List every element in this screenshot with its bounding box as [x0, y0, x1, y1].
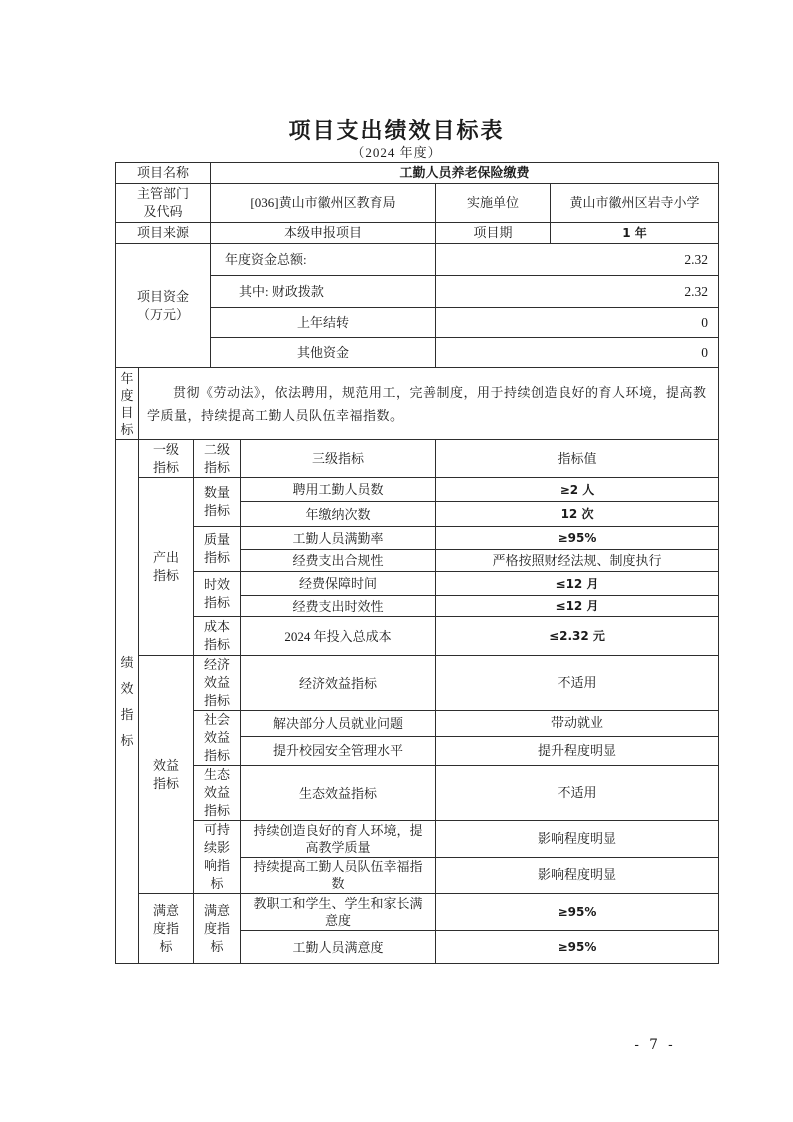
indicator-name: 工勤人员满勤率: [241, 527, 436, 550]
impl-unit-value: 黄山市徽州区岩寺小学: [551, 184, 719, 223]
indicator-value: ≤12 月: [436, 596, 719, 617]
performance-target-table: 项目名称 工勤人员养老保险缴费 主管部门 及代码 [036]黄山市徽州区教育局 …: [115, 162, 719, 964]
level1-label: 满意度指标: [139, 894, 194, 964]
level2-label: 数量指标: [194, 478, 241, 527]
indicator-name: 2024 年投入总成本: [241, 617, 436, 656]
indicator-name: 教职工和学生、学生和家长满意度: [241, 894, 436, 931]
annual-goal-text: 贯彻《劳动法》，依法聘用，规范用工，完善制度，用于持续创造良好的育人环境，提高教…: [139, 368, 719, 440]
performance-indicators-label: 绩效指标: [116, 440, 139, 964]
indicator-value: 不适用: [436, 766, 719, 821]
project-funds-label: 项目资金 （万元）: [116, 244, 211, 368]
indicator-name: 经费支出合规性: [241, 550, 436, 572]
fund-row-name: 其他资金: [211, 338, 436, 368]
indicator-value: 提升程度明显: [436, 736, 719, 765]
project-source-label: 项目来源: [116, 223, 211, 244]
level2-label: 生态效益指标: [194, 766, 241, 821]
level2-label: 可持续影响指标: [194, 821, 241, 894]
dept-value: [036]黄山市徽州区教育局: [211, 184, 436, 223]
indicator-name: 经济效益指标: [241, 656, 436, 711]
indicator-name: 生态效益指标: [241, 766, 436, 821]
project-name-value: 工勤人员养老保险缴费: [211, 163, 719, 184]
level2-label: 时效指标: [194, 572, 241, 617]
indicator-name: 经费保障时间: [241, 572, 436, 596]
indicator-value: 带动就业: [436, 711, 719, 737]
indicator-value: 严格按照财经法规、制度执行: [436, 550, 719, 572]
document-title: 项目支出绩效目标表: [0, 114, 793, 145]
indicator-name: 持续提高工勤人员队伍幸福指数: [241, 857, 436, 894]
fund-row-name: 上年结转: [211, 308, 436, 338]
indicator-name: 解决部分人员就业问题: [241, 711, 436, 737]
indicator-value: 不适用: [436, 656, 719, 711]
document-subtitle: （2024 年度）: [0, 142, 793, 161]
level2-label: 满意度指标: [194, 894, 241, 964]
fund-row-value: 2.32: [436, 244, 719, 276]
fund-row-value: 0: [436, 338, 719, 368]
indicator-name: 工勤人员满意度: [241, 931, 436, 964]
indicator-value: 影响程度明显: [436, 821, 719, 858]
project-name-label: 项目名称: [116, 163, 211, 184]
header-level1: 一级指标: [139, 440, 194, 478]
indicator-name: 提升校园安全管理水平: [241, 736, 436, 765]
impl-unit-label: 实施单位: [436, 184, 551, 223]
indicator-value: ≥95%: [436, 894, 719, 931]
header-value: 指标值: [436, 440, 719, 478]
header-level3: 三级指标: [241, 440, 436, 478]
indicator-value: 影响程度明显: [436, 857, 719, 894]
project-source-value: 本级申报项目: [211, 223, 436, 244]
indicator-name: 年缴纳次数: [241, 502, 436, 527]
dept-label: 主管部门 及代码: [116, 184, 211, 223]
page-number: - 7 -: [620, 1037, 690, 1053]
level1-label: 效益指标: [139, 656, 194, 894]
header-level2: 二级指标: [194, 440, 241, 478]
level2-label: 经济效益指标: [194, 656, 241, 711]
document-page: 项目支出绩效目标表 （2024 年度） 项目名称 工勤人员养老保险缴费 主管部门…: [0, 0, 793, 1122]
indicator-name: 持续创造良好的育人环境，提高教学质量: [241, 821, 436, 858]
indicator-value: ≥2 人: [436, 478, 719, 502]
indicator-value: ≥95%: [436, 931, 719, 964]
level1-label: 产出指标: [139, 478, 194, 656]
indicator-value: ≤12 月: [436, 572, 719, 596]
project-period-label: 项目期: [436, 223, 551, 244]
indicator-value: ≤2.32 元: [436, 617, 719, 656]
level2-label: 社会效益指标: [194, 711, 241, 766]
indicator-name: 聘用工勤人员数: [241, 478, 436, 502]
indicator-value: 12 次: [436, 502, 719, 527]
annual-goal-label: 年度目标: [116, 368, 139, 440]
fund-row-value: 2.32: [436, 276, 719, 308]
indicator-name: 经费支出时效性: [241, 596, 436, 617]
fund-row-name: 其中: 财政拨款: [211, 276, 436, 308]
level2-label: 成本指标: [194, 617, 241, 656]
level2-label: 质量指标: [194, 527, 241, 572]
fund-row-name: 年度资金总额:: [211, 244, 436, 276]
indicator-value: ≥95%: [436, 527, 719, 550]
fund-row-value: 0: [436, 308, 719, 338]
project-period-value: 1 年: [551, 223, 719, 244]
